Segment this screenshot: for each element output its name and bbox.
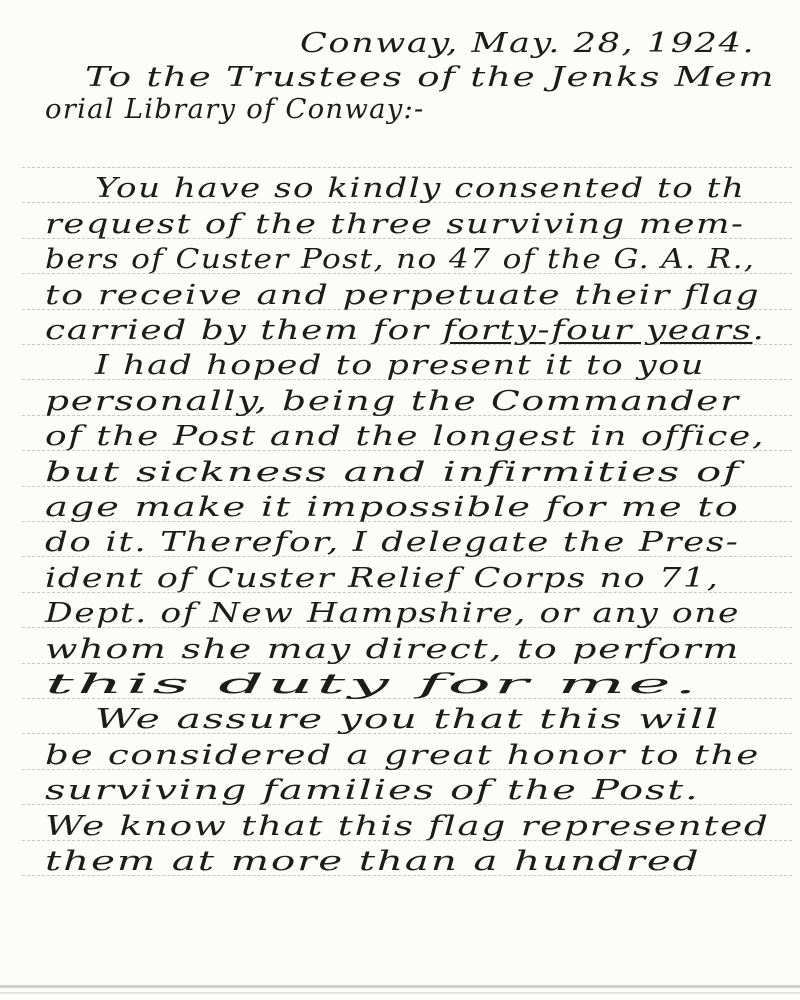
- letter-line: I had hoped to present it to you: [95, 352, 705, 379]
- letter-line: bers of Custer Post, no 47 of the G. A. …: [45, 246, 755, 273]
- underlined-phrase: forty-four years: [443, 315, 753, 346]
- letter-line: of the Post and the longest in office,: [45, 423, 765, 450]
- letter-line: ident of Custer Relief Corps no 71,: [45, 565, 720, 592]
- letter-line: You have so kindly consented to th: [95, 175, 745, 202]
- letter-line: We assure you that this will: [95, 706, 720, 733]
- page-edge-secondary: [0, 992, 800, 994]
- letter-line: request of the three surviving mem-: [45, 211, 745, 238]
- letter-line: Dept. of New Hampshire, or any one: [45, 600, 740, 627]
- letter-line: do it. Therefor, I delegate the Pres-: [45, 529, 739, 556]
- letter-line: them at more than a hundred: [45, 848, 700, 875]
- letter-line: personally, being the Commander: [45, 388, 740, 415]
- salutation-line-1: To the Trustees of the Jenks Mem: [85, 64, 775, 91]
- letter-page: Conway, May. 28, 1924. To the Trustees o…: [0, 0, 800, 1000]
- dateline: Conway, May. 28, 1924.: [300, 30, 755, 57]
- letter-line: but sickness and infirmities of: [45, 459, 740, 486]
- letter-line: to receive and perpetuate their flag: [45, 282, 760, 309]
- page-edge: [0, 985, 800, 988]
- letter-line: whom she may direct, to perform: [45, 636, 740, 663]
- letter-line: this duty for me.: [45, 671, 700, 698]
- ruled-line: [22, 167, 792, 168]
- letter-line: carried by them for forty-four years.: [45, 317, 766, 344]
- letter-line: surviving families of the Post.: [45, 777, 699, 804]
- letter-line: age make it impossible for me to: [45, 494, 740, 521]
- letter-line: We know that this flag represented: [45, 813, 770, 840]
- letter-line: be considered a great honor to the: [45, 742, 760, 769]
- salutation-line-2: orial Library of Conway:-: [45, 96, 425, 123]
